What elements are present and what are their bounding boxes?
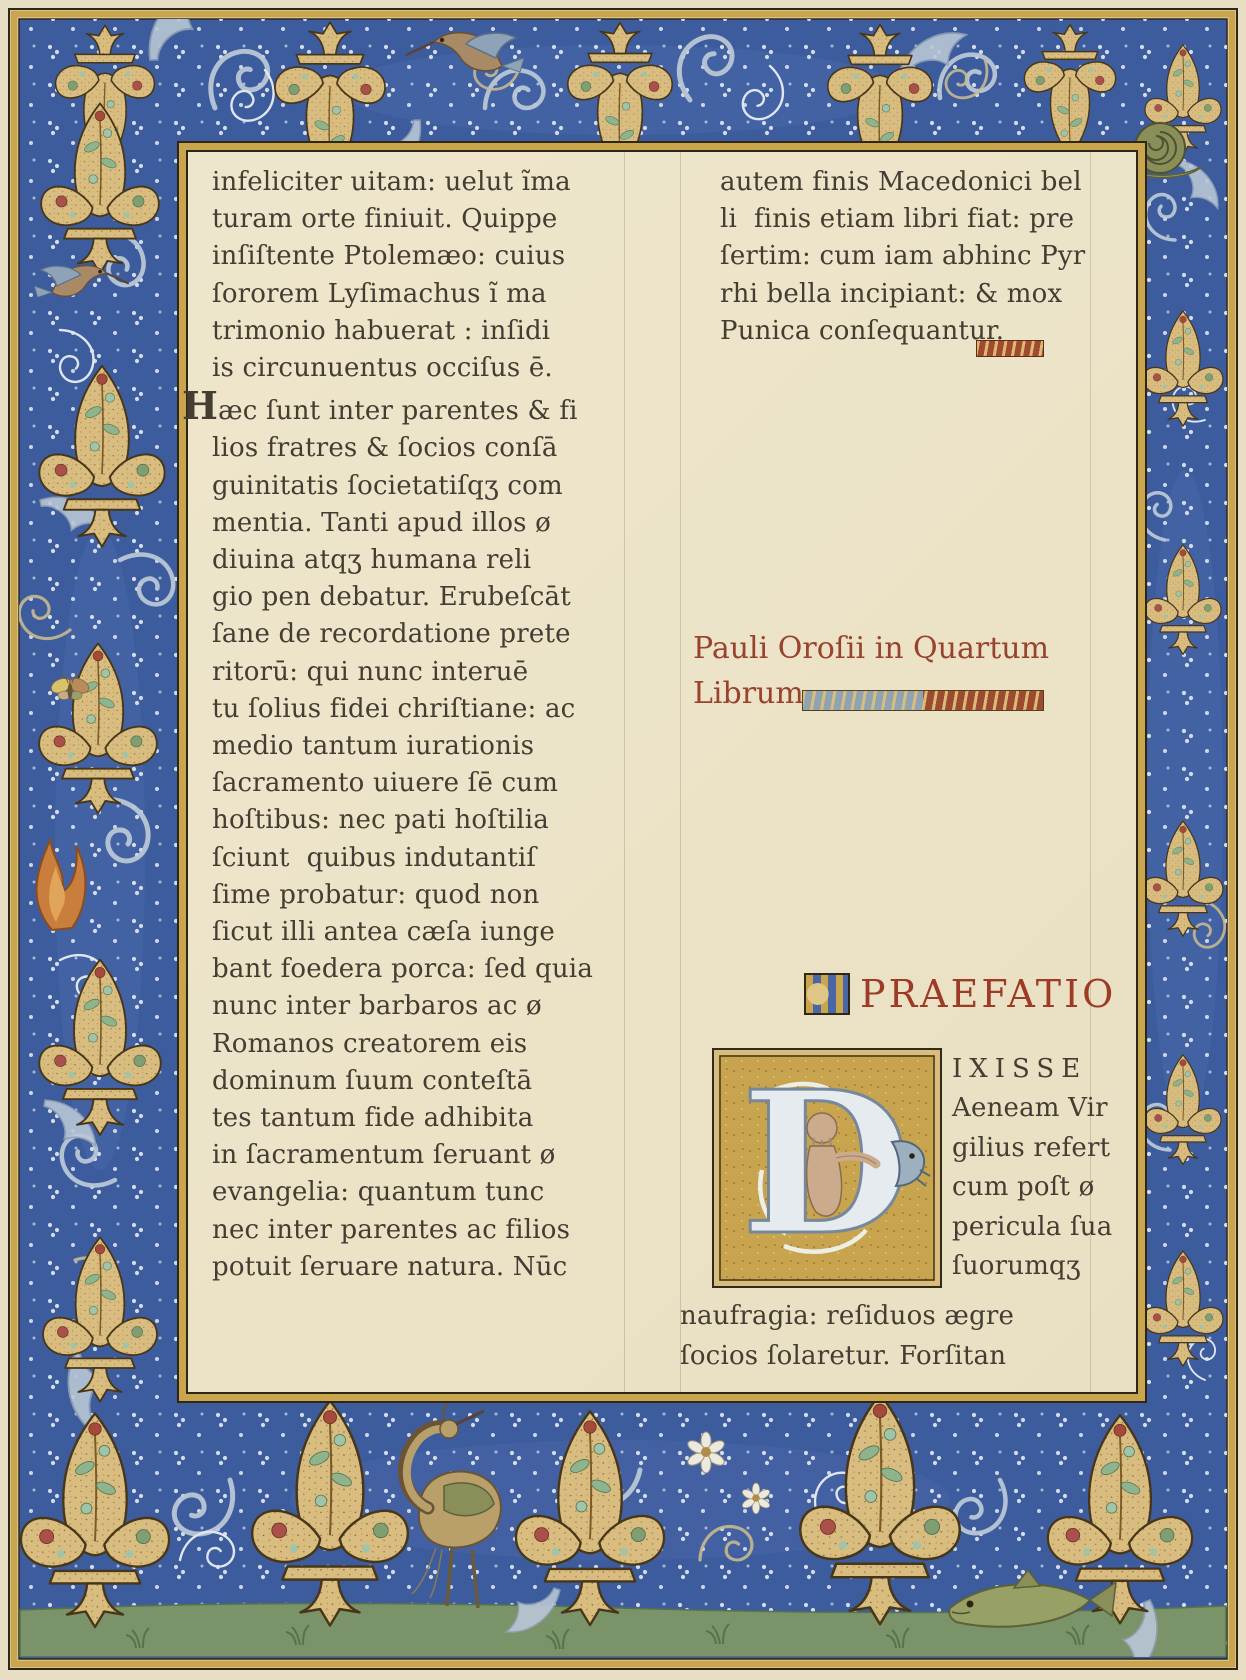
manuscript-text-line: ſocios ſolaretur. Forſitan [680, 1336, 1120, 1376]
manuscript-text-line: trimonio habuerat : inſidi [212, 313, 622, 350]
manuscript-text-line: hoſtibus: nec pati hoſtilia [212, 802, 622, 839]
manuscript-text-line: ſororem Lyſimachus ĩ ma [212, 276, 622, 313]
rubric-filler-band [802, 690, 1044, 711]
manuscript-text-line: ſciunt quibus indutantiſ [212, 840, 622, 877]
manuscript-text-line: Aeneam Vir [952, 1089, 1132, 1128]
column-ruling-line [680, 152, 681, 1392]
manuscript-text-line: pericula ſua [952, 1208, 1132, 1247]
praefatio-continuation-lines: naufragia: reſiduos ægreſocios ſolaretur… [680, 1296, 1120, 1376]
manuscript-text-line: ritorū: qui nunc interuē [212, 654, 622, 691]
manuscript-text-line: Hæc ſunt inter parentes & fi [212, 387, 622, 430]
manuscript-text-line: ſuorumqʒ [952, 1247, 1132, 1286]
left-text-column: infeliciter uitam: uelut ĩmaturam orte f… [212, 164, 622, 1286]
manuscript-text-line: li finis etiam libri fiat: pre [720, 201, 1120, 238]
manuscript-text-line: evangelia: quantum tunc [212, 1174, 622, 1211]
paraph-mark-icon [804, 973, 850, 1015]
manuscript-text-line: gio pen debatur. Erubeſcāt [212, 579, 622, 616]
manuscript-text-line: gilius refert [952, 1129, 1132, 1168]
manuscript-text-line: lios fratres & ſocios conſā [212, 430, 622, 467]
manuscript-text-line: turam orte finiuit. Quippe [212, 201, 622, 238]
section-heading: PRAEFATIO [860, 972, 1116, 1016]
manuscript-text-line: IXISSE [952, 1050, 1132, 1089]
manuscript-text-line: nunc inter barbaros ac ø [212, 988, 622, 1025]
rubric-line: Pauli Oroſii in Quartum [693, 626, 1049, 671]
manuscript-text-line: rhi bella incipiant: & mox [720, 276, 1120, 313]
manuscript-text-line: is circunuentus occiſus ē. [212, 350, 622, 387]
manuscript-text-line: mentia. Tanti apud illos ø [212, 505, 622, 542]
manuscript-text-line: ſacramento uiuere ſē cum [212, 765, 622, 802]
section-heading-row: PRAEFATIO [804, 972, 1116, 1016]
manuscript-text-line: ſicut illi antea cæſa iunge [212, 914, 622, 951]
manuscript-text-line: in ſacramentum ſeruant ø [212, 1137, 622, 1174]
manuscript-text-line: ſime probatur: quod non [212, 877, 622, 914]
manuscript-text-line: ſane de recordatione prete [212, 616, 622, 653]
manuscript-text-line: Punica conſequantur. [720, 313, 1120, 350]
manuscript-text-line: Romanos creatorem eis [212, 1026, 622, 1063]
manuscript-text-line: bant foedera porca: ſed quia [212, 951, 622, 988]
manuscript-text-line: diuina atqʒ humana reli [212, 542, 622, 579]
praefatio-opening-lines: IXISSEAeneam Virgilius refertcum poſt øp… [952, 1050, 1132, 1286]
illuminated-initial-d: D [712, 1048, 942, 1288]
manuscript-text-line: guinitatis ſocietatiſqʒ com [212, 468, 622, 505]
manuscript-text-line: naufragia: reſiduos ægre [680, 1296, 1120, 1336]
manuscript-text-line: infeliciter uitam: uelut ĩma [212, 164, 622, 201]
manuscript-text-line: dominum ſuum conteſtā [212, 1063, 622, 1100]
manuscript-text-line: tu ſolius fidei chriſtiane: ac [212, 691, 622, 728]
manuscript-text-line: tes tantum fide adhibita [212, 1100, 622, 1137]
illuminated-manuscript-page: { "page": { "colors": { "page_cream": "#… [0, 0, 1246, 1680]
manuscript-text-line: inſiſtente Ptolemæo: cuius [212, 238, 622, 275]
manuscript-text-line: cum poſt ø [952, 1168, 1132, 1207]
manuscript-text-line: medio tantum iurationis [212, 728, 622, 765]
line-filler-ornament [976, 340, 1044, 357]
manuscript-text-line: potuit ſeruare natura. Nūc [212, 1249, 622, 1286]
manuscript-text-line: autem finis Macedonici bel [720, 164, 1120, 201]
manuscript-text-line: ſertim: cum iam abhinc Pyr [720, 238, 1120, 275]
column-ruling-line [624, 152, 625, 1392]
right-text-column-top: autem finis Macedonici belli finis etiam… [720, 164, 1120, 350]
manuscript-text-line: nec inter parentes ac filios [212, 1212, 622, 1249]
text-panel: infeliciter uitam: uelut ĩmaturam orte f… [186, 150, 1138, 1394]
